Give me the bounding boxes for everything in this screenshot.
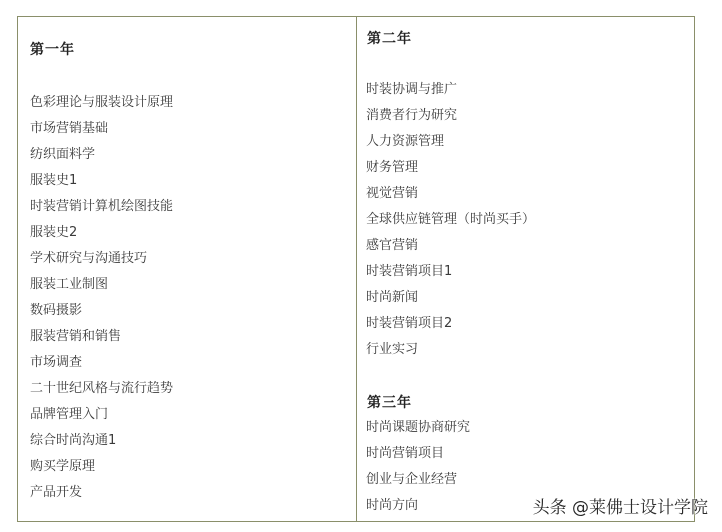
course-item: 创业与企业经营 (366, 467, 470, 493)
course-item: 服装史2 (30, 220, 173, 246)
course-item: 服装工业制图 (30, 272, 173, 298)
year-2-course-list: 时装协调与推广 消费者行为研究 人力资源管理 财务管理 视觉营销 全球供应链管理… (366, 77, 535, 363)
column-year-1: 第一年 色彩理论与服装设计原理 市场营销基础 纺织面料学 服装史1 时装营销计算… (18, 17, 357, 521)
course-item: 时装营销项目2 (366, 311, 535, 337)
course-item: 时尚方向 (366, 493, 470, 519)
course-item: 服装营销和销售 (30, 324, 173, 350)
course-item: 市场营销基础 (30, 116, 173, 142)
course-item: 时装营销计算机绘图技能 (30, 194, 173, 220)
course-item: 时装营销项目1 (366, 259, 535, 285)
course-item: 行业实习 (366, 337, 535, 363)
year-3-heading: 第三年 (367, 392, 412, 412)
course-item: 品牌管理入门 (30, 402, 173, 428)
course-table: 第一年 色彩理论与服装设计原理 市场营销基础 纺织面料学 服装史1 时装营销计算… (17, 16, 695, 522)
year-1-heading: 第一年 (30, 39, 75, 59)
course-item: 市场调查 (30, 350, 173, 376)
course-item: 全球供应链管理（时尚买手） (366, 207, 535, 233)
course-item: 综合时尚沟通1 (30, 428, 173, 454)
course-item: 产品开发 (30, 480, 173, 506)
course-item: 人力资源管理 (366, 129, 535, 155)
column-year-2-3: 第二年 时装协调与推广 消费者行为研究 人力资源管理 财务管理 视觉营销 全球供… (357, 17, 694, 521)
course-item: 消费者行为研究 (366, 103, 535, 129)
course-item: 服装史1 (30, 168, 173, 194)
course-item: 时尚课题协商研究 (366, 415, 470, 441)
course-item: 财务管理 (366, 155, 535, 181)
course-item: 购买学原理 (30, 454, 173, 480)
course-item: 感官营销 (366, 233, 535, 259)
source-watermark: 头条 @莱佛士设计学院 (533, 493, 708, 518)
course-item: 时装协调与推广 (366, 77, 535, 103)
year-2-heading: 第二年 (367, 28, 412, 48)
course-item: 学术研究与沟通技巧 (30, 246, 173, 272)
course-item: 色彩理论与服装设计原理 (30, 90, 173, 116)
year-3-course-list: 时尚课题协商研究 时尚营销项目 创业与企业经营 时尚方向 (366, 415, 470, 519)
year-1-course-list: 色彩理论与服装设计原理 市场营销基础 纺织面料学 服装史1 时装营销计算机绘图技… (30, 90, 173, 506)
course-item: 二十世纪风格与流行趋势 (30, 376, 173, 402)
course-item: 数码摄影 (30, 298, 173, 324)
course-item: 时尚新闻 (366, 285, 535, 311)
course-item: 时尚营销项目 (366, 441, 470, 467)
course-item: 纺织面料学 (30, 142, 173, 168)
course-item: 视觉营销 (366, 181, 535, 207)
